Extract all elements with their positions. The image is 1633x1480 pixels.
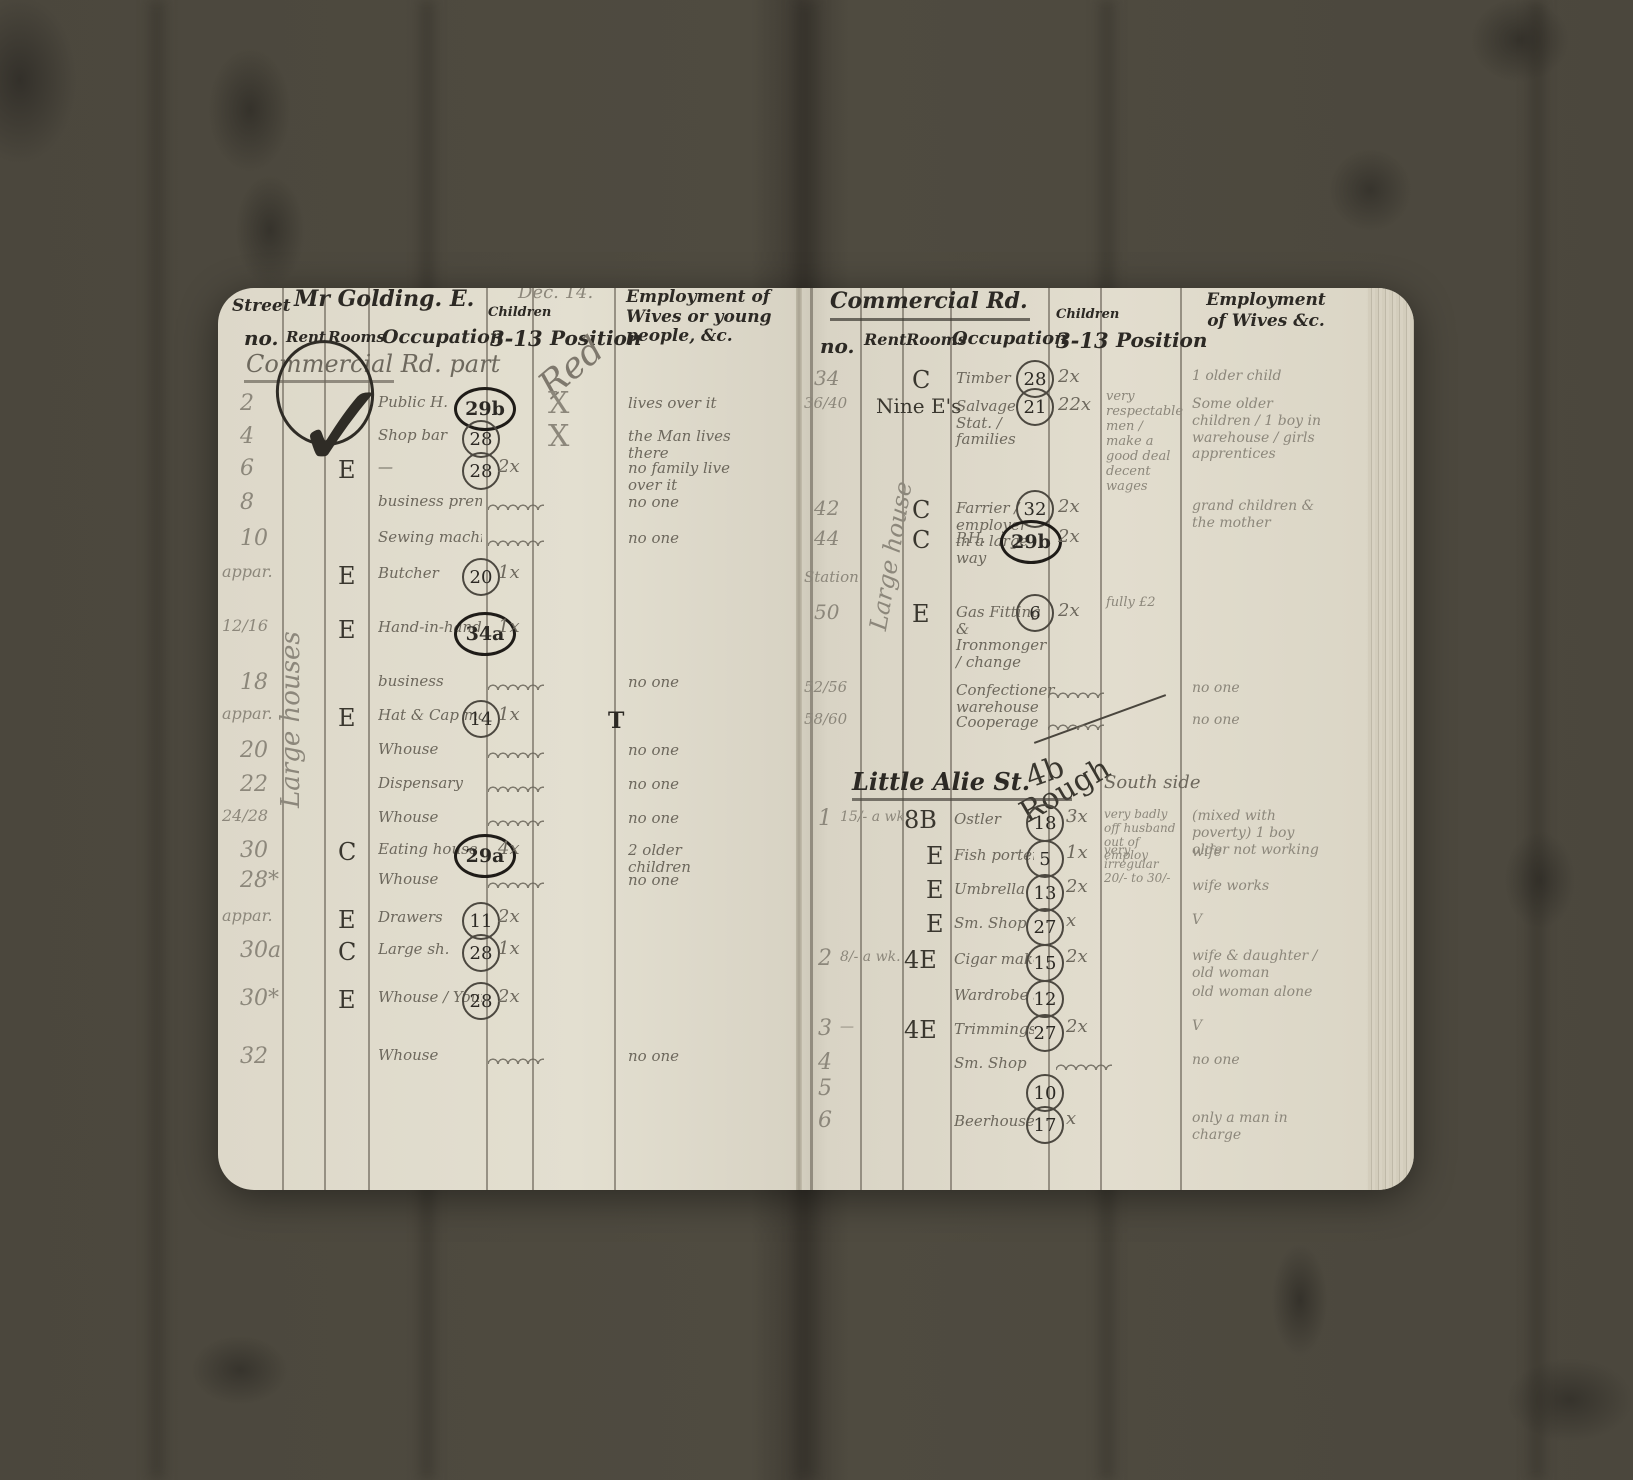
employment: only a man in charge	[1192, 1110, 1332, 1144]
occupation: Cigar maker	[954, 952, 1034, 967]
employment: wife	[1192, 844, 1332, 861]
position-note: fully £2	[1106, 596, 1178, 611]
occupation: Sm. Shop	[954, 1056, 1034, 1071]
street-number: 6	[240, 458, 254, 480]
employment: no one	[628, 1048, 748, 1065]
children-count: 2x	[498, 988, 520, 1006]
employment: grand children & the mother	[1192, 498, 1332, 532]
rooms-class: E	[338, 908, 356, 932]
occupation: Trimmings	[954, 1022, 1034, 1037]
position-note: very respectable men / make a good deal …	[1106, 390, 1178, 495]
circled-number: 27	[1026, 908, 1064, 946]
subsection-title: Little Alie St.	[852, 770, 1030, 794]
street-number: 28*	[240, 870, 279, 892]
children-count: 22x	[1058, 396, 1091, 414]
position-mark: X	[548, 389, 569, 419]
rooms-class: E	[338, 988, 356, 1012]
employment: no one	[628, 810, 748, 827]
street-number: 30a	[240, 940, 281, 962]
children-count: 2x	[1058, 368, 1080, 386]
street-number: 10	[240, 528, 268, 550]
circled-number: 15	[1026, 944, 1064, 982]
circled-number: 13	[1026, 874, 1064, 912]
circled-number: 6	[1016, 594, 1054, 632]
rooms-class: C	[338, 940, 356, 964]
employment: no one	[628, 872, 748, 889]
street-number: 1	[818, 808, 832, 830]
children-count: 2x	[498, 458, 520, 476]
wavy-dash-mark	[488, 500, 544, 510]
occupation: Sewing machine shop	[378, 530, 482, 545]
rent: 15/- a wk.	[840, 810, 909, 824]
rooms-class: E	[912, 602, 930, 626]
street-number: 5	[818, 1078, 832, 1100]
header-ages: 3-13	[490, 328, 543, 349]
rooms-class: E	[338, 618, 356, 642]
occupation: Confectioner warehouse	[956, 682, 1046, 715]
rent: 8/- a wk.	[840, 950, 901, 964]
circled-number: 14	[462, 700, 500, 738]
wavy-dash-mark	[488, 536, 544, 546]
header-rent: Rent	[864, 332, 907, 348]
bg-text	[40, 220, 58, 288]
header-date: Dec. 14.	[518, 288, 593, 302]
employment: no one	[628, 674, 748, 691]
position-mark: X	[548, 422, 569, 452]
occupation: Whouse	[378, 742, 482, 757]
header-title: Commercial Rd.	[830, 290, 1028, 312]
wavy-dash-mark	[1056, 1060, 1112, 1070]
children-count: 2x	[1066, 1018, 1088, 1036]
street-number: 2	[818, 948, 832, 970]
wavy-dash-mark	[1048, 720, 1104, 730]
street-number: 6	[818, 1110, 832, 1132]
circled-number: 17	[1026, 1106, 1064, 1144]
occupation: Whouse	[378, 810, 482, 825]
circled-number: 12	[1026, 980, 1064, 1018]
employment: no one	[1192, 712, 1332, 729]
header-children: Children	[1056, 308, 1119, 321]
employment: Some older children / 1 boy in warehouse…	[1192, 396, 1332, 463]
circled-number: 5	[1026, 840, 1064, 878]
street-number: 30	[240, 840, 268, 862]
header-children: Children	[488, 306, 551, 319]
street-number: 8	[240, 492, 254, 514]
employment: the Man lives there	[628, 428, 748, 461]
children-count: 3x	[1066, 808, 1088, 826]
street-number: appar.	[222, 908, 273, 924]
header-no: no.	[244, 328, 279, 348]
street-number: 4	[240, 426, 254, 448]
employment: no one	[628, 742, 748, 759]
circled-number: 28	[462, 452, 500, 490]
employment: wife works	[1192, 878, 1332, 895]
employment: V	[1192, 912, 1332, 929]
street-number: 2	[240, 393, 254, 415]
rooms-class: 4E	[904, 948, 937, 972]
t-marker: T	[608, 710, 624, 732]
children-count: 2x	[498, 908, 520, 926]
occupation: Whouse	[378, 872, 482, 887]
street-number: 3	[818, 1018, 832, 1040]
rooms-class: C	[912, 528, 930, 552]
occupation: business	[378, 674, 482, 689]
street-number: 50	[814, 602, 839, 622]
wavy-dash-mark	[1048, 688, 1104, 698]
street-number: 30*	[240, 988, 279, 1010]
occupation: Dispensary	[378, 776, 482, 791]
rooms-class: E	[926, 844, 944, 868]
street-number: 20	[240, 740, 268, 762]
children-count: 1x	[498, 706, 520, 724]
children-count: 2x	[1066, 878, 1088, 896]
children-count: 1x	[498, 618, 520, 636]
employment: 1 older child	[1192, 368, 1332, 385]
street-number: 18	[240, 672, 268, 694]
occupation: Whouse	[378, 1048, 482, 1063]
header-employment: Employment of Wives or young people, &c.	[626, 288, 796, 347]
occupation: Beerhouse	[954, 1114, 1034, 1129]
occupation: Umbrella	[954, 882, 1034, 897]
employment: no one	[1192, 680, 1332, 697]
street-number: 4	[818, 1052, 832, 1074]
employment: no one	[1192, 1052, 1332, 1069]
position-note: very irregular 20/- to 30/-	[1104, 844, 1180, 885]
bg-rule	[150, 0, 164, 1480]
rooms-class: E	[926, 878, 944, 902]
bg-rule	[1530, 0, 1544, 1480]
rooms-class: C	[338, 840, 356, 864]
employment: no family live over it	[628, 460, 748, 493]
header-no: no.	[820, 336, 855, 356]
circled-number: 20	[462, 558, 500, 596]
rooms-class: C	[912, 498, 930, 522]
children-count: 1x	[498, 564, 520, 582]
left-page: Street no. Mr Golding. E. Dec. 14. Rent …	[218, 288, 800, 1190]
employment: no one	[628, 776, 748, 793]
margin-note-large-house: Large house	[866, 479, 916, 632]
street-number: 12/16	[222, 618, 268, 634]
wavy-dash-mark	[488, 748, 544, 758]
children-count: 2x	[1058, 498, 1080, 516]
circled-number: 21	[1016, 388, 1054, 426]
occupation: Cooperage	[956, 714, 1046, 731]
street-number: 52/56	[804, 680, 847, 695]
children-count: x	[1066, 1110, 1076, 1128]
rooms-class: E	[338, 706, 356, 730]
street-number: 24/28	[222, 808, 268, 824]
circled-number: 27	[1026, 1014, 1064, 1052]
street-number: 42	[814, 498, 839, 518]
employment: no one	[628, 494, 748, 511]
circled-number: 28	[462, 934, 500, 972]
street-number: 58/60	[804, 712, 847, 727]
street-number: Station	[804, 570, 859, 585]
occupation: Fish porter	[954, 848, 1034, 863]
children-count: 1x	[498, 940, 520, 958]
circled-number: 18	[1026, 804, 1064, 842]
right-page: Commercial Rd. no. Rent Rooms Occupation…	[800, 288, 1365, 1190]
children-count: 2x	[1058, 602, 1080, 620]
children-count: 1x	[1066, 844, 1088, 862]
wavy-dash-mark	[488, 1054, 544, 1064]
employment: old woman alone	[1192, 984, 1332, 1001]
occupation: business premises	[378, 494, 482, 509]
wavy-dash-mark	[488, 782, 544, 792]
occupation: Wardrobe sh.	[954, 988, 1034, 1003]
rooms-class: E	[338, 458, 356, 482]
header-position: Position	[1116, 330, 1207, 350]
header-street: Street	[232, 298, 291, 315]
header-occupation: Occupation	[952, 330, 1067, 348]
rooms-class: C	[912, 368, 930, 392]
street-number: 22	[240, 774, 268, 796]
employment: V	[1192, 1018, 1332, 1035]
children-count: 2x	[1066, 948, 1088, 966]
employment: no one	[628, 530, 748, 547]
rooms-class: 8B	[904, 808, 937, 832]
wavy-dash-mark	[488, 680, 544, 690]
street-number: 34	[814, 368, 839, 388]
margin-note-large-houses: Large houses	[278, 631, 304, 808]
rooms-class: E	[338, 564, 356, 588]
occupation: Ostler	[954, 812, 1034, 827]
children-count: 4x	[498, 840, 520, 858]
header-employment: Employment of Wives &c.	[1196, 290, 1336, 333]
header-golding: Mr Golding. E.	[294, 288, 474, 310]
children-count: x	[1066, 912, 1076, 930]
circled-number: 29b	[1000, 520, 1062, 564]
circled-number: 28	[462, 982, 500, 1020]
subsection-side-note: South side	[1104, 774, 1200, 792]
street-number: 44	[814, 528, 839, 548]
notebook-image: Street no. Mr Golding. E. Dec. 14. Rent …	[218, 288, 1414, 1190]
employment: wife & daughter / old woman	[1192, 948, 1332, 982]
rooms-class: E	[926, 912, 944, 936]
employment: lives over it	[628, 395, 748, 412]
wavy-dash-mark	[488, 878, 544, 888]
street-number: 32	[240, 1046, 268, 1068]
rooms-class: Nine E's	[876, 396, 961, 416]
rooms-class: 4E	[904, 1018, 937, 1042]
page-edges	[1368, 288, 1414, 1190]
street-number: appar.	[222, 564, 273, 580]
occupation: Sm. Shop	[954, 916, 1034, 931]
street-number: 36/40	[804, 396, 847, 411]
children-count: 2x	[1058, 528, 1080, 546]
rent: —	[840, 1020, 854, 1034]
wavy-dash-mark	[488, 816, 544, 826]
street-number: appar.	[222, 706, 273, 722]
header-occupation: Occupation	[382, 328, 504, 347]
header-ages: 3-13	[1056, 330, 1109, 351]
